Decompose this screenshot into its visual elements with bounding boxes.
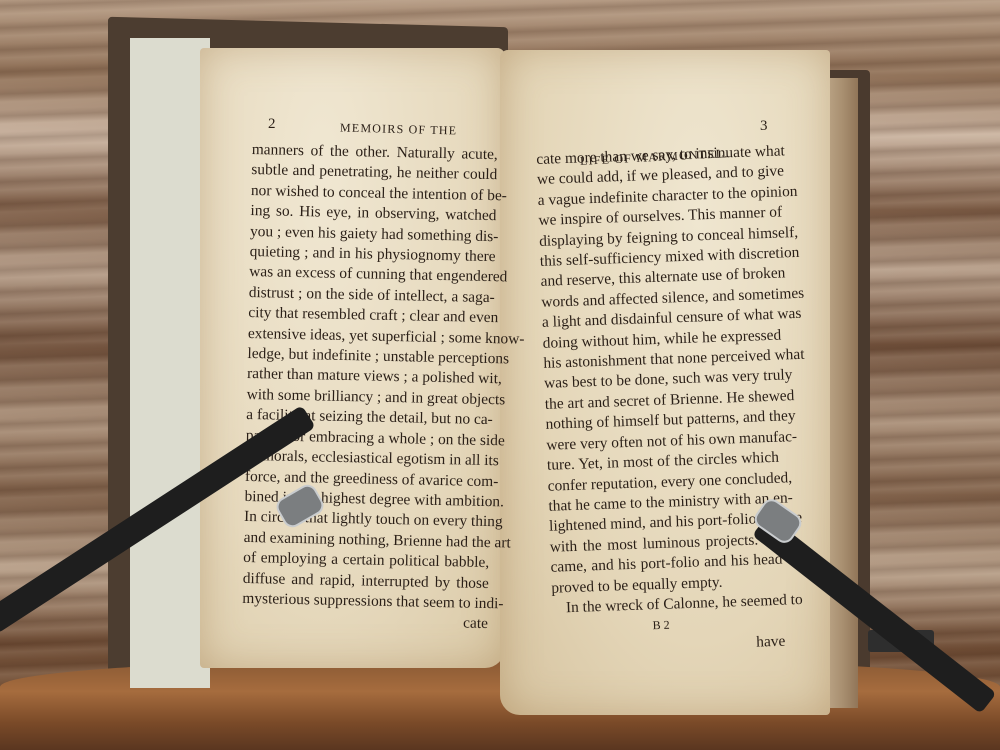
left-page-number: 2: [268, 116, 276, 133]
left-running-head: MEMOIRS OF THE: [340, 120, 458, 138]
endpaper: [130, 38, 210, 688]
right-page-number: 3: [760, 118, 768, 135]
left-page-text: manners of the other. Naturally acute, s…: [242, 140, 498, 635]
right-page-text: cate more than we say, to insinuate what…: [536, 142, 786, 660]
